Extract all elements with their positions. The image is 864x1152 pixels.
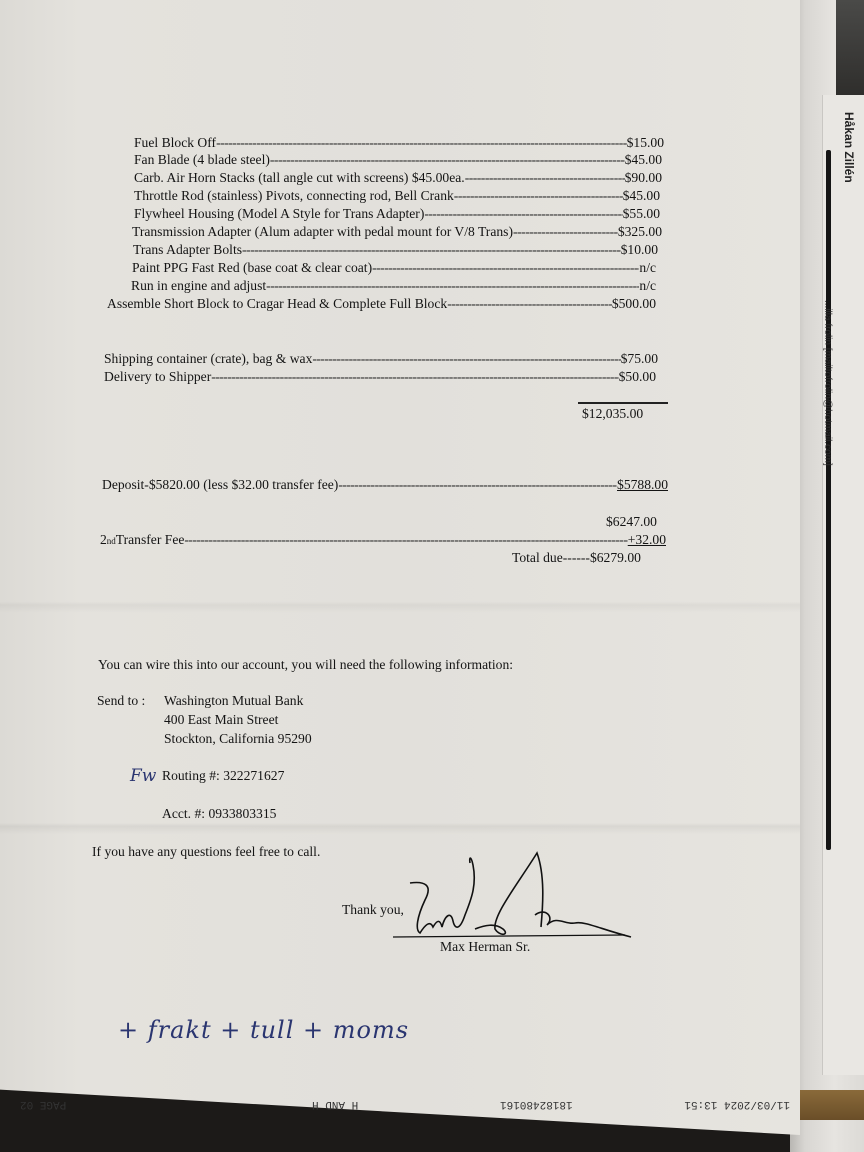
shipping-item-amount: $50.00 <box>619 368 656 386</box>
line-item-amount: $90.00 <box>625 169 662 187</box>
line-item-amount: $45.00 <box>623 187 660 205</box>
shipping-item-amount: $75.00 <box>621 350 658 368</box>
line-item: Carb. Air Horn Stacks (tall angle cut wi… <box>134 169 662 187</box>
bank-address-street: 400 East Main Street <box>164 711 278 729</box>
line-item: Assemble Short Block to Cragar Head & Co… <box>107 295 656 313</box>
line-item-amount: n/c <box>639 259 656 277</box>
deposit-amount: $5788.00 <box>617 476 668 494</box>
line-item-description: Fan Blade (4 blade steel) <box>134 151 270 169</box>
line-item-amount: $15.00 <box>627 134 664 152</box>
total-due-amount: $6279.00 <box>590 549 641 567</box>
line-item-description: Transmission Adapter (Alum adapter with … <box>132 223 513 241</box>
wire-intro-text: You can wire this into our account, you … <box>98 656 513 674</box>
handwritten-bottom-note: + frakt + tull + moms <box>118 1016 409 1044</box>
line-item: Flywheel Housing (Model A Style for Tran… <box>134 205 660 223</box>
line-item-description: Flywheel Housing (Model A Style for Tran… <box>134 205 424 223</box>
send-to-label: Send to : <box>97 692 145 710</box>
line-item: Trans Adapter Bolts$10.00 <box>133 241 658 259</box>
routing-label: Routing #: <box>162 767 220 785</box>
line-item: Fan Blade (4 blade steel) $45.00 <box>134 151 662 169</box>
signature <box>385 845 635 945</box>
questions-text: If you have any questions feel free to c… <box>92 843 320 861</box>
fax-footer-page: PAGE 02 <box>20 1098 66 1110</box>
line-item-amount: $325.00 <box>618 223 662 241</box>
bank-address-city: Stockton, California 95290 <box>164 730 312 748</box>
transfer-fee-description: Transfer Fee <box>116 531 185 549</box>
transfer-fee-ordinal: 2 <box>100 531 107 549</box>
line-item-description: Assemble Short Block to Cragar Head & Co… <box>107 295 447 313</box>
total-due-label: Total due------ <box>512 549 590 567</box>
line-item-description: Paint PPG Fast Red (base coat & clear co… <box>132 259 372 277</box>
shipping-item: Shipping container (crate), bag & wax$75… <box>104 350 658 368</box>
subtotal-amount: $12,035.00 <box>582 405 643 423</box>
bank-name: Washington Mutual Bank <box>164 692 303 710</box>
deposit-description: Deposit-$5820.00 (less $32.00 transfer f… <box>102 476 338 494</box>
line-item: Fuel Block Off$15.00 <box>134 134 664 152</box>
line-item: Transmission Adapter (Alum adapter with … <box>132 223 662 241</box>
shipping-item: Delivery to Shipper$50.00 <box>104 368 656 386</box>
line-item-description: Trans Adapter Bolts <box>133 241 242 259</box>
line-item: Paint PPG Fast Red (base coat & clear co… <box>132 259 656 277</box>
transfer-fee-amount: +32.00 <box>628 531 666 549</box>
account-label: Acct. #: <box>162 805 205 823</box>
balance-amount: $6247.00 <box>606 513 657 531</box>
side-paper-bar <box>826 150 831 850</box>
side-paper-email: ...illa frolin [mailtofrolin@hotmail.com… <box>822 300 833 466</box>
table-surface <box>800 1090 864 1120</box>
line-item: Run in engine and adjustn/c <box>131 277 656 295</box>
line-item-amount: $500.00 <box>612 295 656 313</box>
line-item-description: Throttle Rod (stainless) Pivots, connect… <box>134 187 454 205</box>
background-shadow <box>836 0 864 95</box>
subtotal-rule <box>578 402 668 404</box>
fax-footer-datetime: 11/03/2024 13:51 <box>600 1098 790 1110</box>
line-item-amount: $55.00 <box>623 205 660 223</box>
line-item-amount: $10.00 <box>621 241 658 259</box>
fax-footer-number: 18182480161 <box>500 1098 573 1110</box>
shipping-item-description: Delivery to Shipper <box>104 368 211 386</box>
handwritten-routing-note: Fw <box>130 766 156 786</box>
line-item-description: Fuel Block Off <box>134 134 216 152</box>
line-item-description: Run in engine and adjust <box>131 277 266 295</box>
routing-number: 322271627 <box>223 767 284 785</box>
fax-footer-sender: H AND H <box>312 1098 358 1110</box>
account-number: 0933803315 <box>208 805 276 823</box>
line-item-amount: $45.00 <box>625 151 662 169</box>
line-item-amount: n/c <box>639 277 656 295</box>
shipping-item-description: Shipping container (crate), bag & wax <box>104 350 312 368</box>
side-paper-name: Håkan Zillén <box>842 112 856 183</box>
line-item-description: Carb. Air Horn Stacks (tall angle cut wi… <box>134 169 465 187</box>
line-item: Throttle Rod (stainless) Pivots, connect… <box>134 187 660 205</box>
